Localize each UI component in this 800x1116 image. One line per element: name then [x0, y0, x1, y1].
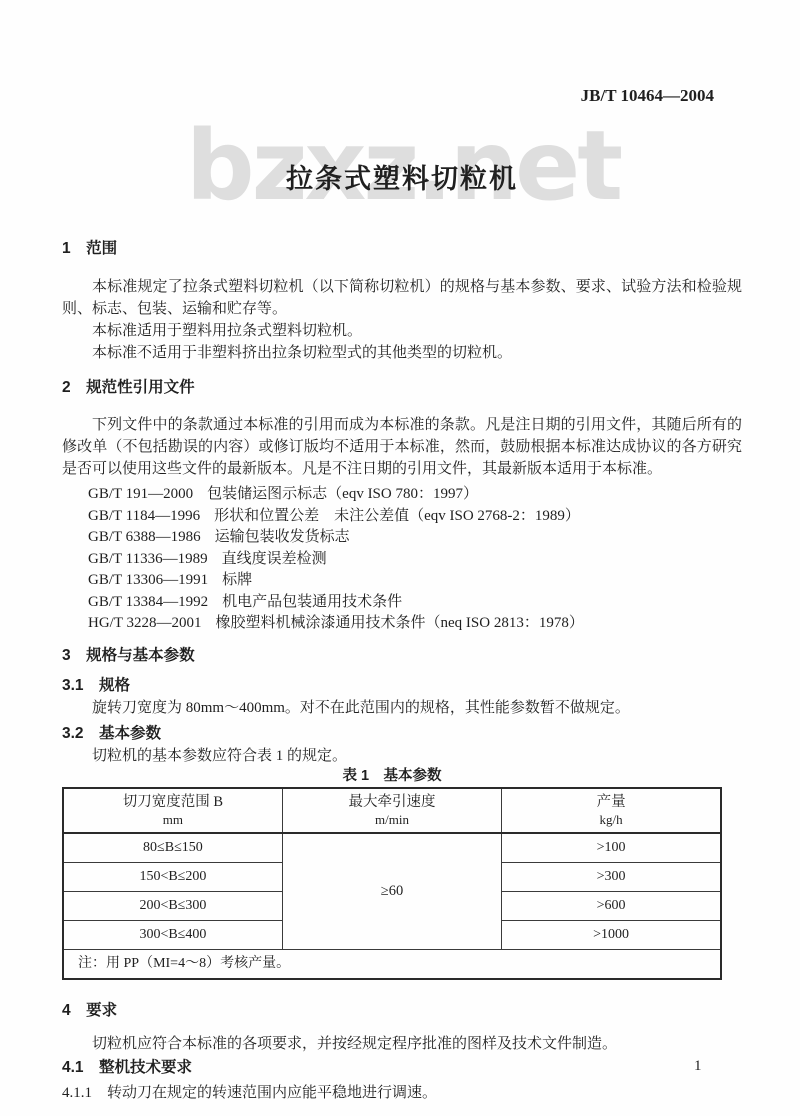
reference-code: GB/T 13306—1991	[88, 572, 208, 588]
reference-code: GB/T 6388—1986	[88, 529, 201, 545]
document-title: 拉条式塑料切粒机	[62, 162, 742, 196]
reference-title: 橡胶塑料机械涂漆通用技术条件（neq ISO 2813：1978）	[215, 615, 583, 631]
reference-code: GB/T 1184—1996	[88, 508, 200, 524]
table-body: 80≤B≤150 ≥60 >100 150<B≤200 >300 200<B≤3…	[63, 833, 721, 979]
section-3-2-heading: 3.2 基本参数	[62, 723, 742, 745]
reference-code: HG/T 3228—2001	[88, 615, 201, 631]
table-note-row: 注：用 PP（MI=4～8）考核产量。	[63, 949, 721, 979]
section-3-1-heading: 3.1 规格	[62, 675, 742, 697]
page-number: 1	[694, 1058, 702, 1075]
col-header-unit: kg/h	[502, 812, 720, 827]
cell-range: 200<B≤300	[63, 891, 282, 920]
reference-title: 形状和位置公差 未注公差值（eqv ISO 2768-2：1989）	[214, 508, 580, 524]
reference-title: 标牌	[222, 572, 252, 588]
reference-code: GB/T 11336—1989	[88, 551, 208, 567]
col-header-unit: mm	[64, 812, 282, 827]
reference-item: GB/T 191—2000包装储运图示标志（eqv ISO 780：1997）	[88, 484, 742, 506]
reference-code: GB/T 191—2000	[88, 486, 193, 502]
reference-item: HG/T 3228—2001橡胶塑料机械涂漆通用技术条件（neq ISO 281…	[88, 613, 742, 635]
reference-title: 直线度误差检测	[222, 551, 327, 567]
col-header-output: 产量 kg/h	[502, 788, 721, 833]
table-row: 80≤B≤150 ≥60 >100	[63, 833, 721, 863]
section-1-heading: 1 范围	[62, 238, 742, 260]
normative-references-list: GB/T 191—2000包装储运图示标志（eqv ISO 780：1997） …	[62, 484, 742, 635]
col-header-label: 最大牵引速度	[283, 793, 501, 812]
col-header-blade-width: 切刀宽度范围 B mm	[63, 788, 282, 833]
reference-title: 包装储运图示标志（eqv ISO 780：1997）	[207, 486, 478, 502]
col-header-label: 产量	[502, 793, 720, 812]
cell-speed-merged: ≥60	[282, 833, 501, 950]
cell-output: >100	[502, 833, 721, 863]
col-header-label: 切刀宽度范围 B	[64, 793, 282, 812]
reference-item: GB/T 11336—1989直线度误差检测	[88, 549, 742, 571]
section-2-paragraph: 下列文件中的条款通过本标准的引用而成为本标准的条款。凡是注日期的引用文件，其随后…	[62, 414, 742, 480]
table-note: 注：用 PP（MI=4～8）考核产量。	[63, 949, 721, 979]
reference-item: GB/T 1184—1996形状和位置公差 未注公差值（eqv ISO 2768…	[88, 506, 742, 528]
document-page: bzxz.net JB/T 10464—2004 拉条式塑料切粒机 1 范围 本…	[0, 0, 800, 1116]
page-content: JB/T 10464—2004 拉条式塑料切粒机 1 范围 本标准规定了拉条式塑…	[0, 0, 800, 1104]
section-3-heading: 3 规格与基本参数	[62, 645, 742, 667]
reference-title: 机电产品包装通用技术条件	[222, 594, 402, 610]
cell-range: 80≤B≤150	[63, 833, 282, 863]
section-2-heading: 2 规范性引用文件	[62, 377, 742, 399]
reference-item: GB/T 13306—1991标牌	[88, 570, 742, 592]
section-4-paragraph: 切粒机应符合本标准的各项要求，并按经规定程序批准的图样及技术文件制造。	[62, 1033, 742, 1055]
cell-output: >600	[502, 891, 721, 920]
table-1-caption: 表 1 基本参数	[62, 768, 722, 784]
section-4-heading: 4 要求	[62, 1000, 742, 1022]
reference-item: GB/T 6388—1986运输包装收发货标志	[88, 527, 742, 549]
col-header-max-speed: 最大牵引速度 m/min	[282, 788, 501, 833]
cell-range: 150<B≤200	[63, 862, 282, 891]
section-1-paragraph-2: 本标准适用于塑料用拉条式塑料切粒机。	[62, 320, 742, 342]
table-header: 切刀宽度范围 B mm 最大牵引速度 m/min 产量 kg/h	[63, 788, 721, 833]
cell-range: 300<B≤400	[63, 920, 282, 949]
reference-item: GB/T 13384—1992机电产品包装通用技术条件	[88, 592, 742, 614]
section-3-2-text: 切粒机的基本参数应符合表 1 的规定。	[62, 745, 742, 767]
cell-output: >300	[502, 862, 721, 891]
section-4-1-heading: 4.1 整机技术要求	[62, 1057, 742, 1079]
reference-code: GB/T 13384—1992	[88, 594, 208, 610]
section-1-paragraph-3: 本标准不适用于非塑料挤出拉条切粒型式的其他类型的切粒机。	[62, 342, 742, 364]
section-3-1-text: 旋转刀宽度为 80mm～400mm。对不在此范围内的规格，其性能参数暂不做规定。	[62, 697, 742, 719]
basic-parameters-table: 切刀宽度范围 B mm 最大牵引速度 m/min 产量 kg/h 80≤B≤15…	[62, 787, 722, 980]
cell-output: >1000	[502, 920, 721, 949]
standard-number: JB/T 10464—2004	[62, 0, 742, 106]
reference-title: 运输包装收发货标志	[215, 529, 350, 545]
section-1-paragraph-1: 本标准规定了拉条式塑料切粒机（以下简称切粒机）的规格与基本参数、要求、试验方法和…	[62, 276, 742, 320]
section-4-1-1-text: 4.1.1 转动刀在规定的转速范围内应能平稳地进行调速。	[62, 1082, 742, 1104]
col-header-unit: m/min	[283, 812, 501, 827]
